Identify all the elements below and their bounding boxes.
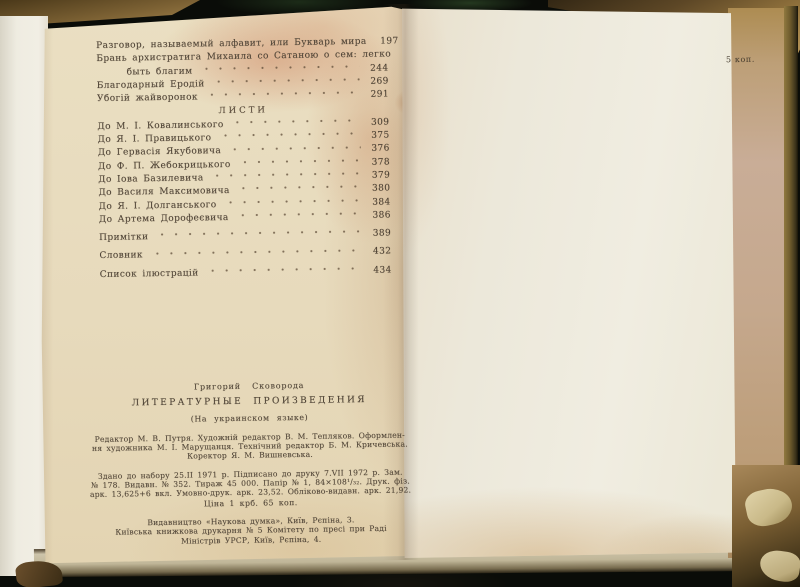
toc-page-number: 434 — [366, 265, 392, 276]
toc-entry-label: До Артема Дорофеєвича — [99, 213, 229, 225]
toc-page-number: 386 — [365, 210, 391, 221]
toc-entry-label: До М. І. Ковалинського — [97, 120, 223, 132]
toc-row: Примітки389 — [99, 226, 391, 244]
toc-entry-label: Примітки — [99, 232, 148, 243]
toc-entry-label: Словник — [99, 251, 143, 262]
toc-page-number: 197 — [373, 36, 399, 47]
leader-dots — [234, 155, 361, 167]
leader-dots — [146, 244, 363, 257]
leader-dots — [224, 141, 361, 153]
toc-page-number: 432 — [365, 247, 391, 258]
leader-dots — [232, 208, 362, 220]
leader-dots — [201, 87, 360, 99]
flap-price-fragment: 5 коп. — [726, 55, 755, 65]
leader-dots — [151, 226, 362, 239]
leader-dots — [206, 168, 361, 180]
toc-letter-rows: До М. І. Ковалинського309До Я. І. Правиц… — [97, 114, 391, 225]
frayed-paper-piece — [758, 548, 800, 583]
toc-page-number: 376 — [364, 144, 390, 155]
toc-back-rows: Примітки389Словник432Список ілюстрацій43… — [99, 226, 392, 280]
toc-page-number: 309 — [363, 117, 389, 128]
frayed-paper-piece — [743, 485, 795, 530]
toc-row: Словник432 — [99, 244, 391, 262]
leader-dots — [201, 263, 362, 276]
toc-entry-label: До Я. І. Долганського — [99, 200, 217, 212]
toc-page-number: 375 — [363, 130, 389, 141]
leader-dots — [233, 181, 362, 193]
toc-entry-label: Благодарный Еродій — [97, 79, 205, 91]
colophon-title: ЛИТЕРАТУРНЫЕ ПРОИЗВЕДЕНИЯ — [84, 394, 414, 409]
leader-dots — [219, 194, 361, 206]
toc-entry-label: До Василя Максимовича — [98, 186, 229, 198]
leader-dots — [214, 128, 360, 140]
table-of-contents: Разговор, называемый алфавит, или Буквар… — [96, 33, 392, 280]
toc-top-rows: Разговор, называемый алфавит, или Буквар… — [96, 33, 389, 104]
toc-entry-label: Список ілюстрацій — [100, 268, 199, 280]
colophon-language-note: (На украинском языке) — [84, 411, 414, 425]
toc-entry-label: До Іова Базилевича — [98, 173, 204, 185]
right-page-blank — [402, 2, 736, 558]
toc-page-number: 378 — [364, 157, 390, 168]
toc-page-number: 384 — [365, 197, 391, 208]
toc-page-number: 269 — [363, 76, 389, 87]
toc-page-number: 291 — [363, 90, 389, 101]
toc-page-number: 389 — [365, 229, 391, 240]
colophon-staff-block: Редактор М. В. Путря. Художній редактор … — [85, 430, 415, 462]
page-stack-edge-left — [0, 16, 48, 576]
toc-page-number: 244 — [362, 63, 388, 74]
leader-dots — [195, 60, 359, 73]
toc-entry-label: Убогій жайворонок — [97, 93, 198, 105]
toc-entry-label: До Я. І. Правицького — [98, 133, 212, 145]
worn-corner-bottom-right — [732, 465, 800, 587]
leader-dots — [208, 74, 360, 86]
toc-page-number: 379 — [364, 170, 390, 181]
colophon-price-line: Ціна 1 крб. 65 коп. — [86, 497, 416, 511]
toc-entry-label: До Гервасія Якубовича — [98, 146, 221, 158]
colophon-imprint-block: Здано до набору 25.II 1971 р. Підписано … — [85, 467, 415, 499]
toc-page-number: 380 — [364, 184, 390, 195]
photo-of-open-book: Разговор, называемый алфавит, или Буквар… — [0, 0, 800, 587]
colophon-publisher-block: Видавництво «Наукова думка», Київ, Рєпін… — [86, 515, 416, 547]
colophon: Григорий Сковорода ЛИТЕРАТУРНЫЕ ПРОИЗВЕД… — [84, 379, 416, 546]
leader-dots — [227, 115, 361, 127]
toc-entry-label: быть благим — [96, 66, 192, 78]
